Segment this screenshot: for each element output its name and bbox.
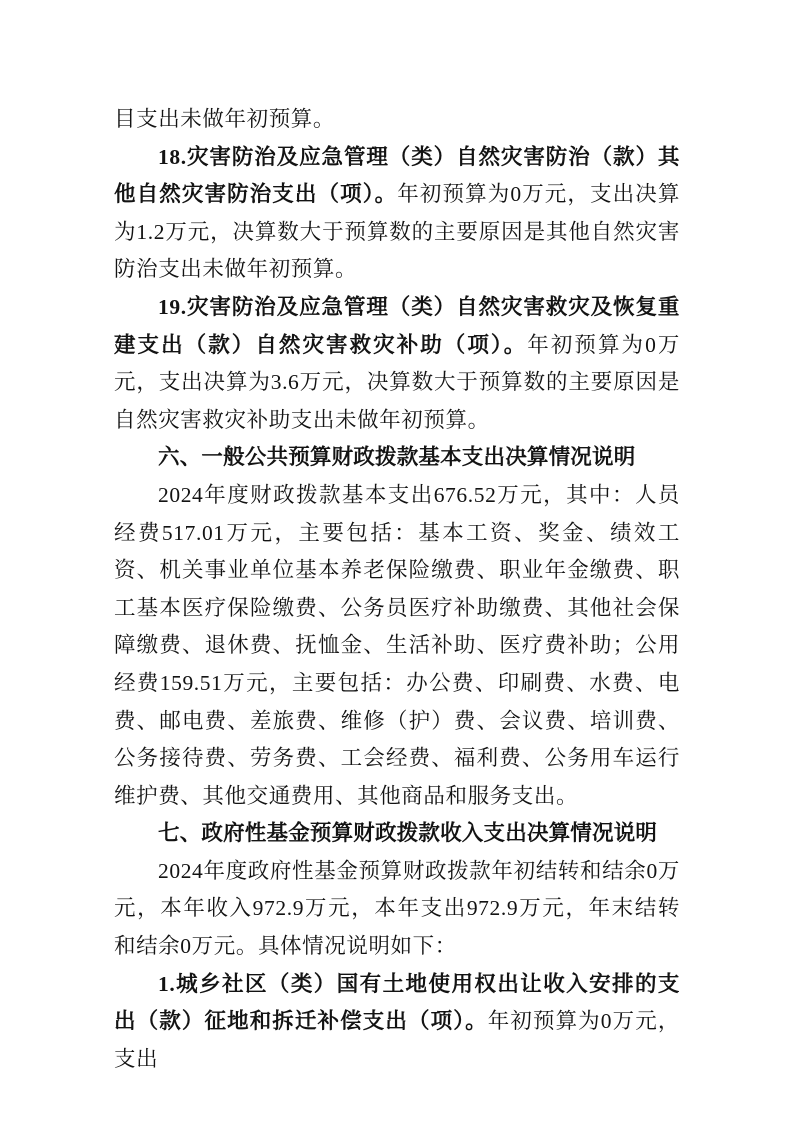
paragraph: 2024年度政府性基金预算财政拨款年初结转和结余0万元，本年收入972.9万元，… xyxy=(114,853,680,966)
bold-text-segment: 七、政府性基金预算财政拨款收入支出决算情况说明 xyxy=(158,821,657,845)
text-segment: 2024年度财政拨款基本支出676.52万元，其中：人员经费517.01万元，主… xyxy=(114,483,680,808)
bold-text-segment: 六、一般公共预算财政拨款基本支出决算情况说明 xyxy=(158,445,635,469)
text-segment: 目支出未做年初预算。 xyxy=(114,107,335,131)
paragraph: 19.灾害防治及应急管理（类）自然灾害救灾及恢复重建支出（款）自然灾害救灾补助（… xyxy=(114,289,680,439)
paragraph: 1.城乡社区（类）国有土地使用权出让收入安排的支出（款）征地和拆迁补偿支出（项）… xyxy=(114,966,680,1079)
document-content: 目支出未做年初预算。18.灾害防治及应急管理（类）自然灾害防治（款）其他自然灾害… xyxy=(114,101,680,1078)
paragraph: 2024年度财政拨款基本支出676.52万元，其中：人员经费517.01万元，主… xyxy=(114,477,680,815)
document-page: 目支出未做年初预算。18.灾害防治及应急管理（类）自然灾害防治（款）其他自然灾害… xyxy=(0,0,793,1122)
text-segment: 2024年度政府性基金预算财政拨款年初结转和结余0万元，本年收入972.9万元，… xyxy=(114,859,680,958)
paragraph: 目支出未做年初预算。 xyxy=(114,101,680,139)
section-heading: 七、政府性基金预算财政拨款收入支出决算情况说明 xyxy=(114,815,680,853)
section-heading: 六、一般公共预算财政拨款基本支出决算情况说明 xyxy=(114,439,680,477)
paragraph: 18.灾害防治及应急管理（类）自然灾害防治（款）其他自然灾害防治支出（项）。年初… xyxy=(114,139,680,289)
